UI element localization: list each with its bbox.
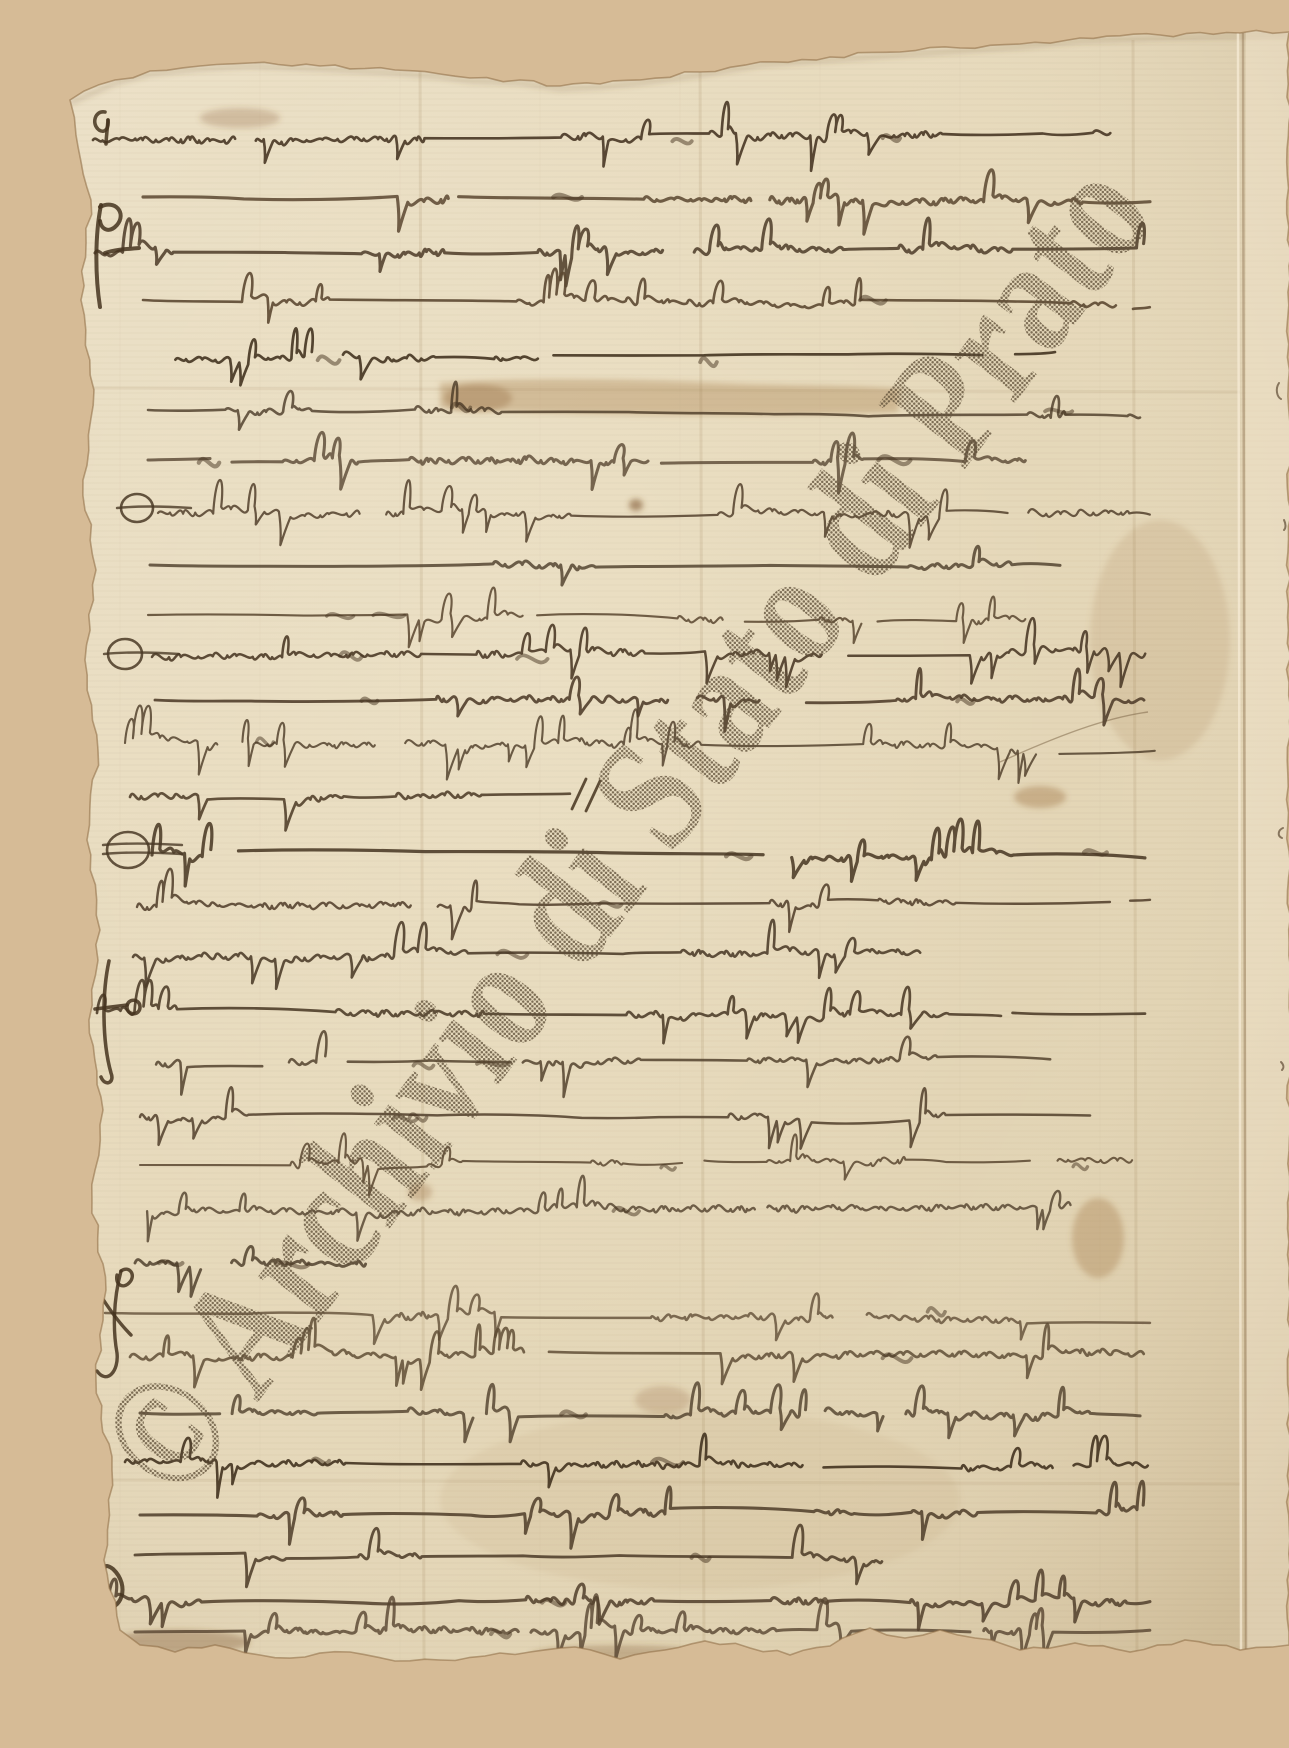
manuscript-scan: © Archivio di Stato di Prato xyxy=(0,0,1289,1748)
initial-flourish xyxy=(81,1608,103,1648)
stain xyxy=(635,1386,691,1414)
stain xyxy=(629,499,643,511)
stain xyxy=(1072,1198,1124,1278)
stain xyxy=(1090,520,1230,760)
fold-offcut-strip xyxy=(1246,0,1289,1748)
stain xyxy=(1014,786,1066,808)
stain xyxy=(200,108,280,128)
initial-flourish xyxy=(106,120,108,144)
scan-canvas: © Archivio di Stato di Prato xyxy=(0,0,1289,1748)
paper-surface: © Archivio di Stato di Prato xyxy=(0,0,1289,1748)
